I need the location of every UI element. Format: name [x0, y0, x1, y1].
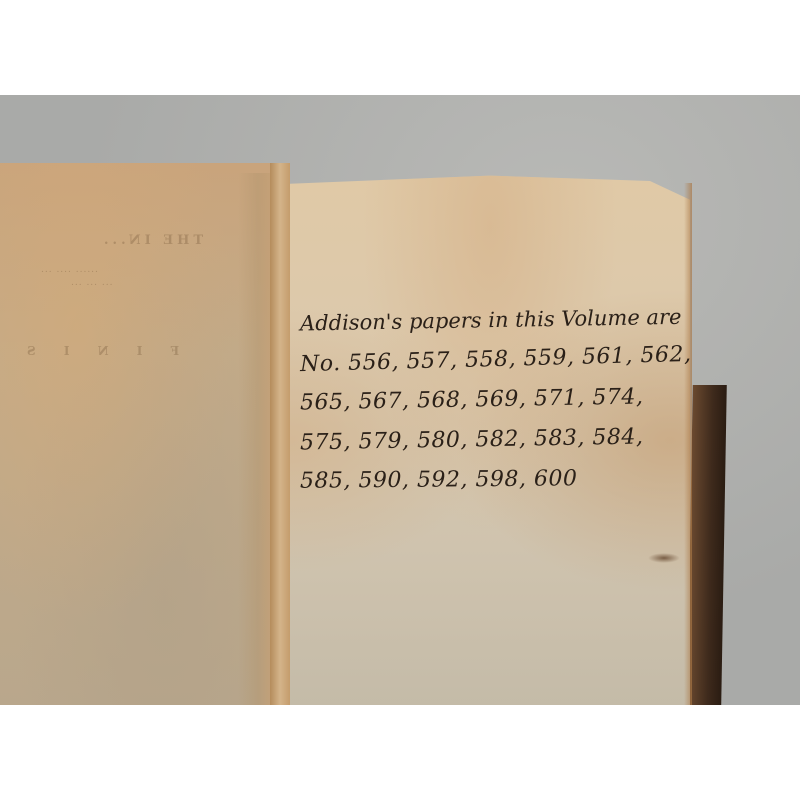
handwritten-inscription: Addison's papers in this Volume are No. … [300, 300, 695, 500]
show-through-line: ...... .... ... [40, 265, 98, 275]
page-fold [270, 163, 290, 705]
book-photo: THE IN... ...... .... ... ... ... ... F … [0, 95, 800, 705]
show-through-title: THE IN... [100, 233, 203, 248]
inscription-line: 575, 579, 580, 582, 583, 584, [300, 417, 696, 464]
inscription-line: 565, 567, 568, 569, 571, 574, [300, 377, 696, 424]
show-through-line: ... ... ... [70, 278, 112, 288]
inscription-line: 585, 590, 592, 598, 600 [300, 458, 695, 501]
ink-blot [648, 553, 680, 563]
show-through-finis: F I N I S [15, 344, 179, 358]
